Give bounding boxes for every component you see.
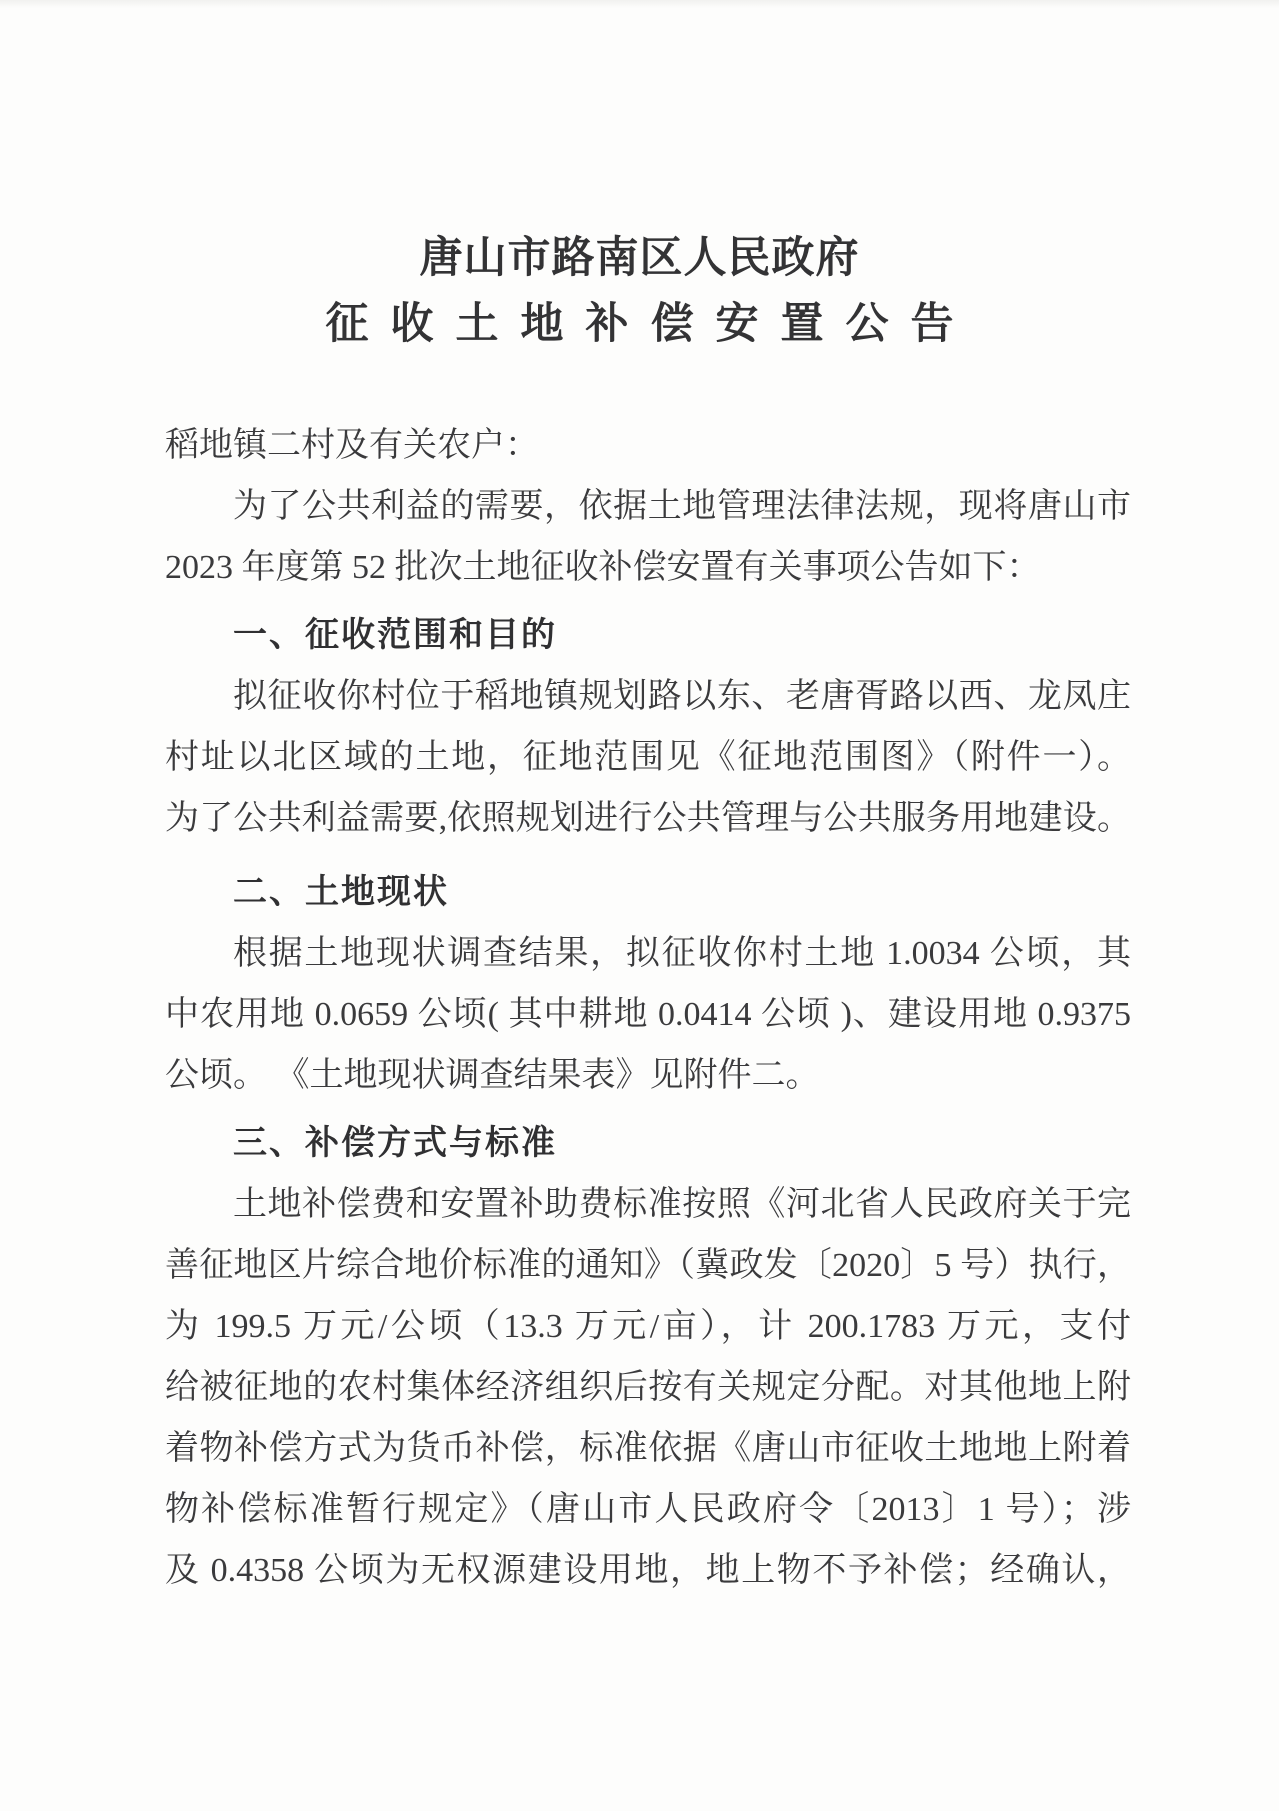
salutation-line: 稻地镇二村及有关农户： bbox=[165, 415, 1131, 476]
section-3-heading: 三、补偿方式与标准 bbox=[165, 1113, 1131, 1174]
section-3-line-5: 着物补偿方式为货币补偿，标准依据《唐山市征收土地地上附着 bbox=[165, 1418, 1131, 1479]
document-title-line-1: 唐山市路南区人民政府 bbox=[0, 231, 1279, 285]
section-3-line-7: 及 0.4358 公顷为无权源建设用地，地上物不予补偿；经确认， bbox=[165, 1540, 1131, 1601]
section-3-line-4: 给被征地的农村集体经济组织后按有关规定分配。对其他地上附 bbox=[165, 1357, 1131, 1418]
intro-line-1: 为了公共利益的需要，依据土地管理法律法规，现将唐山市 bbox=[165, 476, 1131, 537]
section-1-line-2: 村址以北区域的土地，征地范围见《征地范围图》（附件一）。 bbox=[165, 727, 1131, 788]
section-1-line-3: 为了公共利益需要,依照规划进行公共管理与公共服务用地建设。 bbox=[165, 788, 1131, 849]
scanned-document-page: 唐山市路南区人民政府 征收土地补偿安置公告 稻地镇二村及有关农户： 为了公共利益… bbox=[0, 0, 1279, 1811]
section-1-heading: 一、征收范围和目的 bbox=[165, 605, 1131, 666]
section-2-line-3: 公顷。 《土地现状调查结果表》见附件二。 bbox=[165, 1045, 1131, 1106]
section-3-line-1: 土地补偿费和安置补助费标准按照《河北省人民政府关于完 bbox=[165, 1174, 1131, 1235]
intro-line-2: 2023 年度第 52 批次土地征收补偿安置有关事项公告如下： bbox=[165, 537, 1131, 598]
document-body: 稻地镇二村及有关农户： 为了公共利益的需要，依据土地管理法律法规，现将唐山市 2… bbox=[165, 415, 1131, 1601]
section-2-heading: 二、土地现状 bbox=[165, 862, 1131, 923]
document-title-line-2: 征收土地补偿安置公告 bbox=[0, 297, 1279, 351]
section-3-line-2: 善征地区片综合地价标准的通知》（冀政发〔2020〕5 号）执行， bbox=[165, 1235, 1131, 1296]
section-2-line-2: 中农用地 0.0659 公顷( 其中耕地 0.0414 公顷 )、建设用地 0.… bbox=[165, 984, 1131, 1045]
document-title-block: 唐山市路南区人民政府 征收土地补偿安置公告 bbox=[0, 231, 1279, 351]
section-2-line-1: 根据土地现状调查结果，拟征收你村土地 1.0034 公顷，其 bbox=[165, 923, 1131, 984]
section-1-line-1: 拟征收你村位于稻地镇规划路以东、老唐胥路以西、龙凤庄 bbox=[165, 666, 1131, 727]
section-3-line-3: 为 199.5 万元/公顷（13.3 万元/亩），计 200.1783 万元，支… bbox=[165, 1296, 1131, 1357]
section-3-line-6: 物补偿标准暂行规定》（唐山市人民政府令〔2013〕1 号）；涉 bbox=[165, 1479, 1131, 1540]
